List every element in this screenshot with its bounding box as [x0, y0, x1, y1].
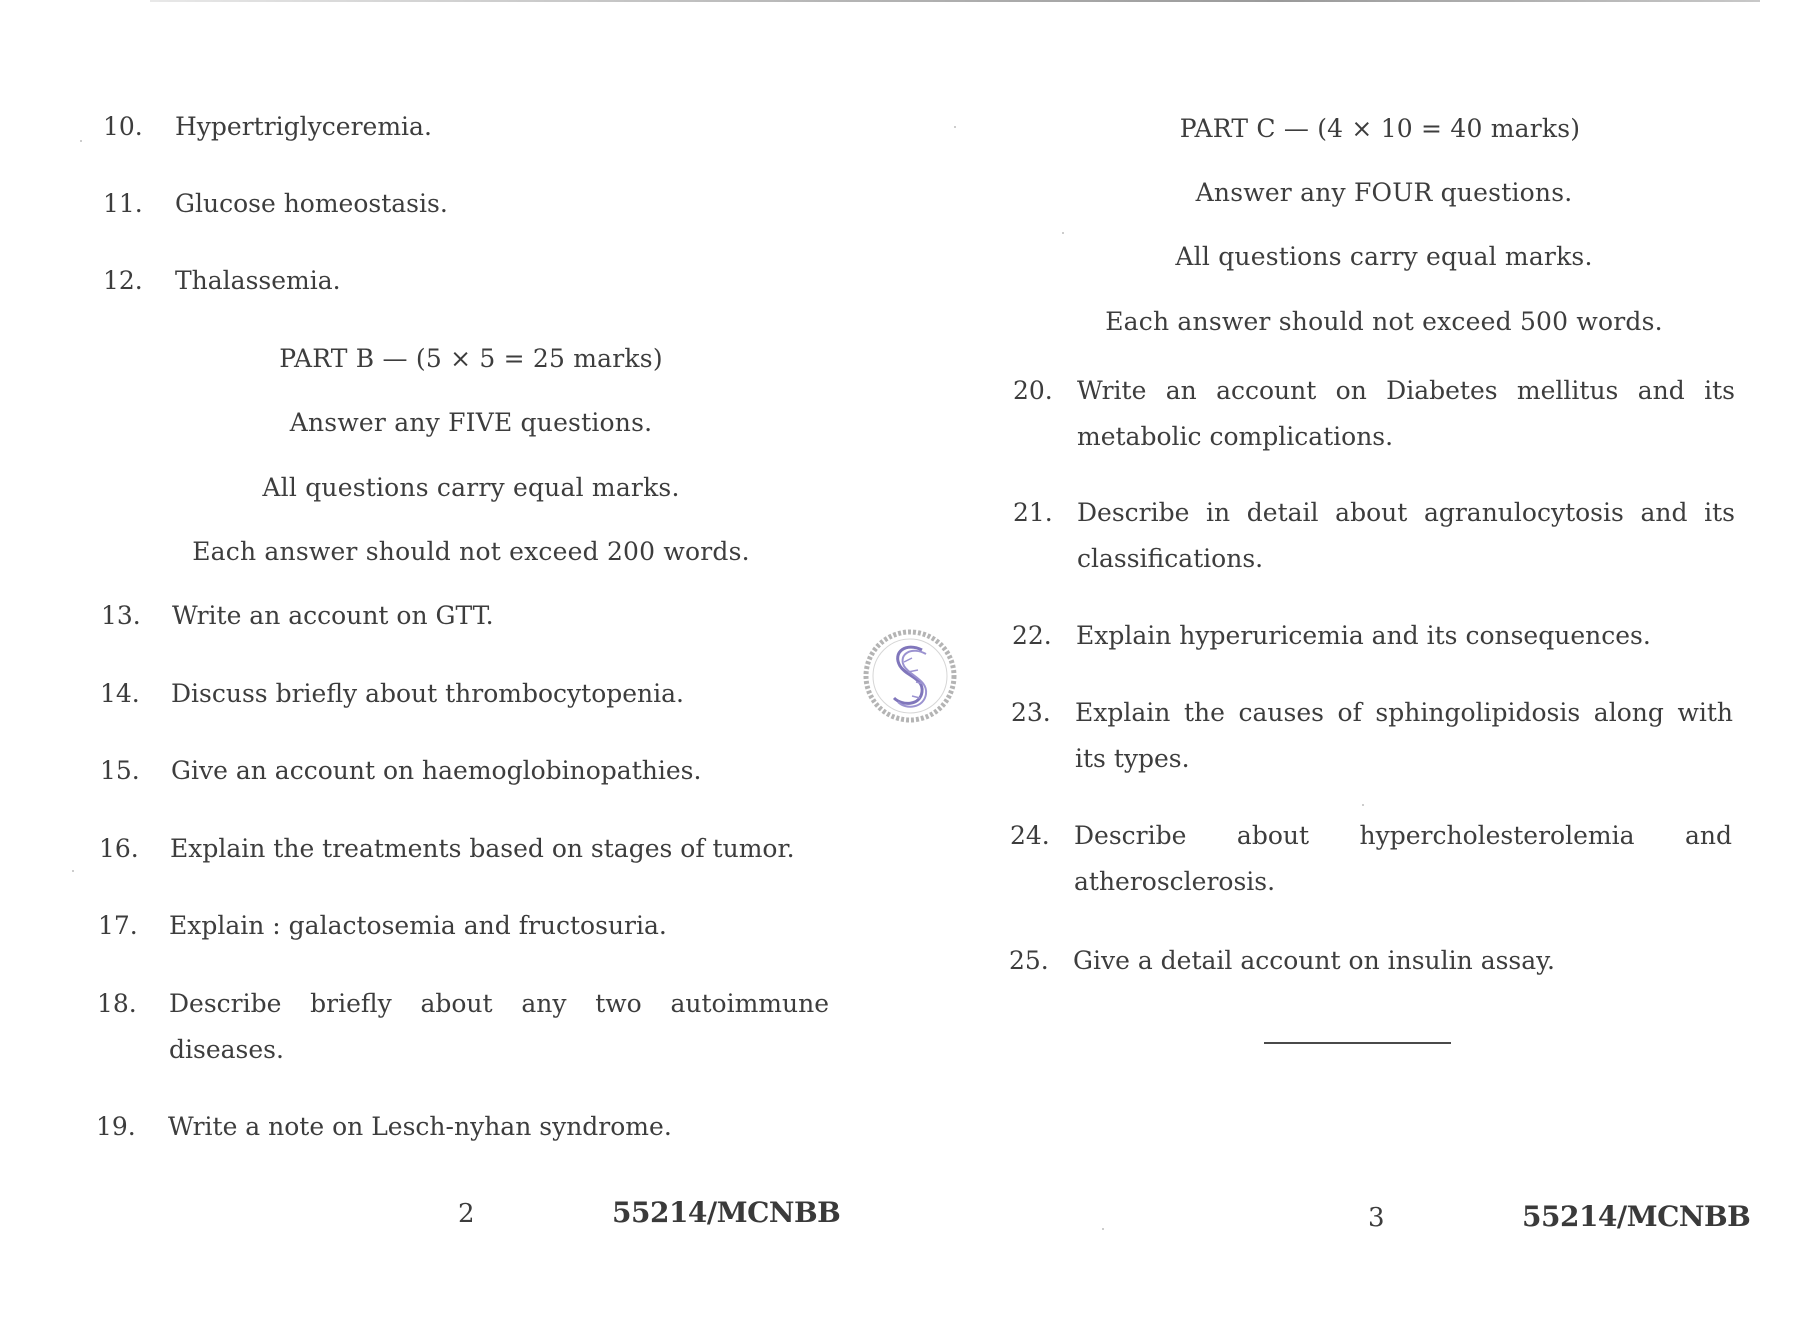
question-text: Hypertriglyceremia.	[175, 104, 835, 150]
page-number: 3	[1368, 1203, 1385, 1233]
part-b-instruction: Each answer should not exceed 200 words.	[192, 537, 750, 566]
question-text: Glucose homeostasis.	[175, 181, 835, 227]
end-of-paper-rule	[1264, 1042, 1451, 1044]
question-text: Thalassemia.	[175, 258, 835, 304]
scan-speck	[72, 870, 74, 872]
scan-speck	[1062, 232, 1064, 234]
part-c-heading: PART C — (4 × 10 = 40 marks)	[1180, 114, 1580, 143]
question-text: Explain the treatments based on stages o…	[170, 826, 838, 872]
question-number: 11.	[103, 181, 143, 227]
question-number: 13.	[101, 593, 141, 639]
question-text: Give an account on haemoglobinopathies.	[171, 748, 839, 794]
question-number: 25.	[1009, 938, 1049, 984]
question-text: Describe briefly about any two autoimmun…	[169, 981, 829, 1073]
scan-top-edge	[150, 0, 1760, 2]
part-c-instruction: All questions carry equal marks.	[1175, 242, 1592, 271]
part-c-instruction: Answer any FOUR questions.	[1196, 178, 1573, 207]
part-c-instruction: Each answer should not exceed 500 words.	[1105, 307, 1663, 336]
paper-code: 55214/MCNBB	[1522, 1200, 1750, 1233]
question-number: 12.	[103, 258, 143, 304]
question-text: Describe in detail about agranulocytosis…	[1077, 490, 1735, 582]
question-text: Write an account on Diabetes mellitus an…	[1077, 368, 1735, 460]
page-number: 2	[458, 1199, 475, 1229]
question-number: 19.	[96, 1104, 136, 1150]
scan-speck	[1362, 804, 1364, 806]
question-text: Explain hyperuricemia and its consequenc…	[1076, 613, 1734, 659]
question-number: 16.	[99, 826, 139, 872]
question-text: Write a note on Lesch-nyhan syndrome.	[168, 1104, 836, 1150]
question-number: 14.	[100, 671, 140, 717]
question-text: Give a detail account on insulin assay.	[1073, 938, 1731, 984]
question-number: 23.	[1011, 690, 1051, 736]
question-number: 18.	[97, 981, 137, 1027]
part-b-heading: PART B — (5 × 5 = 25 marks)	[279, 344, 663, 373]
question-text: Describe about hypercholesterolemia and …	[1074, 813, 1732, 905]
question-text: Explain : galactosemia and fructosuria.	[169, 903, 837, 949]
question-number: 22.	[1012, 613, 1052, 659]
dna-s-logo-icon	[862, 628, 958, 724]
question-number: 17.	[98, 903, 138, 949]
question-number: 15.	[100, 748, 140, 794]
question-number: 20.	[1013, 368, 1053, 414]
scan-speck	[80, 140, 82, 142]
paper-code: 55214/MCNBB	[612, 1196, 840, 1229]
question-text: Write an account on GTT.	[172, 593, 840, 639]
question-number: 21.	[1013, 490, 1053, 536]
question-number: 24.	[1010, 813, 1050, 859]
part-b-instruction: Answer any FIVE questions.	[290, 408, 653, 437]
scan-speck	[1102, 1228, 1104, 1230]
scan-speck	[954, 126, 956, 128]
question-number: 10.	[103, 104, 143, 150]
question-text: Discuss briefly about thrombocytopenia.	[171, 671, 839, 717]
part-b-instruction: All questions carry equal marks.	[262, 473, 679, 502]
question-text: Explain the causes of sphingolipidosis a…	[1075, 690, 1733, 782]
